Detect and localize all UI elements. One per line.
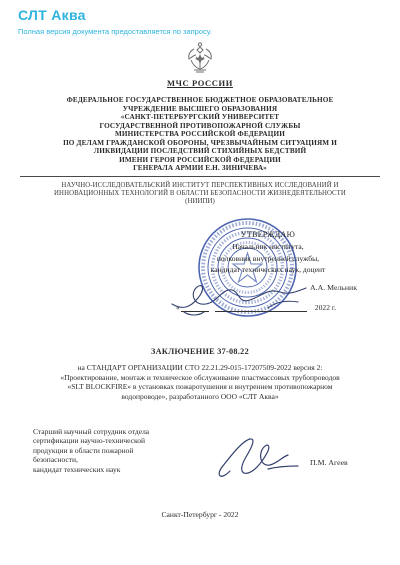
- executor-position-line: Старший научный сотрудник отдела: [33, 427, 213, 436]
- org-line: ПО ДЕЛАМ ГРАЖДАНСКОЙ ОБОРОНЫ, ЧРЕЗВЫЧАЙН…: [0, 139, 400, 148]
- approval-position-line: полковник внутренней службы,: [176, 253, 360, 265]
- org-line: ФЕДЕРАЛЬНОЕ ГОСУДАРСТВЕННОЕ БЮДЖЕТНОЕ ОБ…: [0, 96, 400, 105]
- executor-position-line: безопасности,: [33, 455, 213, 464]
- date-open-quote: «: [176, 303, 180, 312]
- executor-position-line: кандидат технических наук: [33, 465, 213, 474]
- agency-title: МЧС РОССИИ: [0, 78, 400, 88]
- org-line: ИМЕНИ ГЕРОЯ РОССИЙСКОЙ ФЕДЕРАЦИИ: [0, 156, 400, 165]
- approval-signer-name: А.А. Мельник: [176, 283, 357, 292]
- conclusion-subject: на СТАНДАРТ ОРГАНИЗАЦИИ СТО 22.21.29-015…: [12, 363, 388, 401]
- institute-name: НАУЧНО-ИССЛЕДОВАТЕЛЬСКИЙ ИНСТИТУТ ПЕРСПЕ…: [20, 182, 380, 206]
- executor-position-line: продукции в области пожарной: [33, 446, 213, 455]
- date-month-blank: [215, 303, 307, 312]
- subject-line: водопроводе», разработанного ООО «СЛТ Ак…: [12, 392, 388, 402]
- org-line: ЛИКВИДАЦИИ ПОСЛЕДСТВИЙ СТИХИЙНЫХ БЕДСТВИ…: [0, 147, 400, 156]
- org-line: УЧРЕЖДЕНИЕ ВЫСШЕГО ОБРАЗОВАНИЯ: [0, 105, 400, 114]
- date-day-blank: [181, 303, 209, 312]
- org-line: ГОСУДАРСТВЕННОЙ ПРОТИВОПОЖАРНОЙ СЛУЖБЫ: [0, 122, 400, 131]
- ageev-signature: [212, 433, 307, 485]
- org-line: ГЕНЕРАЛА АРМИИ Е.Н. ЗИНИЧЕВА»: [0, 164, 400, 173]
- institute-line: НАУЧНО-ИССЛЕДОВАТЕЛЬСКИЙ ИНСТИТУТ ПЕРСПЕ…: [20, 182, 380, 190]
- org-line: «САНКТ-ПЕТЕРБУРГСКИЙ УНИВЕРСИТЕТ: [0, 113, 400, 122]
- institute-line: ИННОВАЦИОННЫХ ТЕХНОЛОГИЙ В ОБЛАСТИ БЕЗОП…: [20, 190, 380, 198]
- conclusion-title: ЗАКЛЮЧЕНИЕ 37-08.22: [0, 347, 400, 356]
- org-line: МИНИСТЕРСТВА РОССИЙСКОЙ ФЕДЕРАЦИИ: [0, 130, 400, 139]
- mchs-russia-emblem-icon: [184, 41, 216, 75]
- executor-position-line: сертификации научно-технической: [33, 436, 213, 445]
- date-year: 2022 г.: [315, 303, 336, 312]
- city-year-footer: Санкт-Петербург - 2022: [0, 510, 400, 519]
- approval-title: УТВЕРЖДАЮ: [176, 229, 360, 241]
- document-page: СЛТ Аква Полная версия документа предост…: [0, 0, 400, 565]
- approval-position-line: кандидат технических наук, доцент: [176, 264, 360, 276]
- subject-line: «SLT BLOCKFIRE» в установках пожаротушен…: [12, 382, 388, 392]
- subject-line: «Проектирование, монтаж и техническое об…: [12, 373, 388, 383]
- organization-name: ФЕДЕРАЛЬНОЕ ГОСУДАРСТВЕННОЕ БЮДЖЕТНОЕ ОБ…: [0, 96, 400, 173]
- full-version-request-link[interactable]: Полная версия документа предоставляется …: [18, 27, 212, 36]
- slt-aqua-logo[interactable]: СЛТ Аква: [18, 7, 86, 23]
- approval-date-line: «2022 г.: [176, 303, 358, 312]
- executor-position-block: Старший научный сотрудник отдела сертифи…: [33, 427, 213, 474]
- approval-block: УТВЕРЖДАЮ Начальник института, полковник…: [176, 229, 360, 276]
- header-divider: [20, 176, 380, 177]
- approval-position-line: Начальник института,: [176, 241, 360, 253]
- subject-line: на СТАНДАРТ ОРГАНИЗАЦИИ СТО 22.21.29-015…: [12, 363, 388, 373]
- executor-name: П.М. Агеев: [310, 458, 348, 467]
- institute-line: (НИИПИ): [20, 198, 380, 206]
